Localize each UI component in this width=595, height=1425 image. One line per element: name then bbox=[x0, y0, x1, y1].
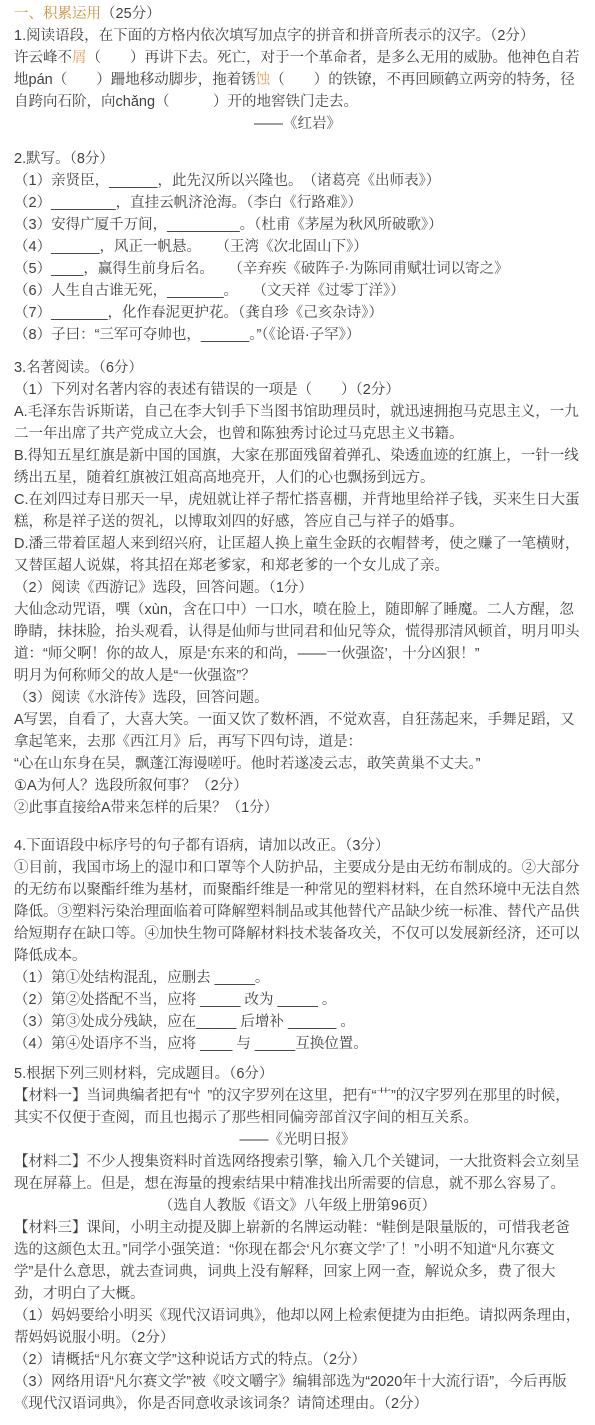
q3-sub2-question: 明月为何称师父的故人是“一伙强盗”？ bbox=[14, 665, 581, 687]
q5-material-2: 【材料二】不少人搜集资料时首选网络搜索引擎，输入几个关键词，一大批资料会立刻呈现… bbox=[14, 1151, 581, 1195]
q2-blank-line-8: （8）子曰：“三军可夺帅也，______。”（《论语·子罕》） bbox=[14, 324, 581, 346]
q2-blank-line-6: （6）人生自古谁无死，_______。 （文天祥《过零丁洋》） bbox=[14, 280, 581, 302]
question-2: 2.默写。（8分） （1）亲贤臣，______，此先汉所以兴隆也。 （诸葛亮《出… bbox=[14, 148, 581, 346]
question-1: 1.阅读语段，在下面的方格内依次填写加点字的拼音和拼音所表示的汉字。（2分） 许… bbox=[14, 25, 581, 135]
q2-blank-line-4: （4）______，风正一帆悬。 （王湾《次北固山下》） bbox=[14, 236, 581, 258]
q3-title: 3.名著阅读。（6分） bbox=[14, 357, 581, 379]
q3-option-c: C.在刘四过寿日那天一早，虎妞就让祥子帮忙搭喜棚，并背地里给祥子钱，买来生日大蛋… bbox=[14, 489, 581, 533]
q2-blank-line-5: （5）____，赢得生前身后名。 （辛弃疾《破阵子·为陈同甫赋壮词以寄之》 bbox=[14, 258, 581, 280]
q3-option-d: D.潘三带着匡超人来到绍兴府，让匡超人换上童生金跃的衣帽替考，使之赚了一笔横财，… bbox=[14, 533, 581, 577]
q3-sub1-stem: （1）下列对名著内容的表述有错误的一项是（ ）（2分） bbox=[14, 379, 581, 401]
q2-blank-line-2: （2）________，直挂云帆济沧海。（李白《行路难》） bbox=[14, 192, 581, 214]
q3-sub3-passage: A写罢，自看了，大喜大笑。一面又饮了数杯酒，不觉欢喜，自狂荡起来，手舞足蹈，又拿… bbox=[14, 709, 581, 753]
question-4: 4.下面语段中标序号的句子都有语病，请加以改正。（3分） ①目前，我国市场上的湿… bbox=[14, 835, 581, 1055]
q4-title: 4.下面语段中标序号的句子都有语病，请加以改正。（3分） bbox=[14, 835, 581, 857]
q4-correction-2: （2）第②处搭配不当，应将 _____ 改为 _____ 。 bbox=[14, 989, 581, 1011]
section-heading: 一、积累运用（25分） bbox=[14, 3, 581, 25]
q3-sub2-passage: 大仙念动咒语，噀（xùn，含在口中）一口水，喷在脸上，随即解了睡魔。二人方醒，忽… bbox=[14, 599, 581, 665]
q1-title: 1.阅读语段，在下面的方格内依次填写加点字的拼音和拼音所表示的汉字。（2分） bbox=[14, 25, 581, 47]
exam-paper: 一、积累运用（25分） 1.阅读语段，在下面的方格内依次填写加点字的拼音和拼音所… bbox=[0, 0, 595, 1425]
q3-sub3-question-1: ①A为何人？选段所叙何事？（2分） bbox=[14, 775, 581, 797]
q4-correction-4: （4）第④处语序不当，应将 ____ 与 _____互换位置。 bbox=[14, 1033, 581, 1055]
section-heading-title: 一、积累运用 bbox=[14, 6, 101, 22]
q5-task-3: （3）网络用语“凡尔赛文学”被《咬文嚼字》编辑部选为“2020年十大流行语”，今… bbox=[14, 1371, 581, 1415]
q2-blank-line-3: （3）安得广厦千万间，_________。（杜甫《茅屋为秋风所破歌》） bbox=[14, 214, 581, 236]
q1-source-attribution: ——《红岩》 bbox=[14, 113, 581, 135]
q1-highlighted-char-xie: 屑 bbox=[72, 50, 87, 66]
q3-sub3-question-2: ②此事直接给A带来怎样的后果？（1分） bbox=[14, 797, 581, 819]
section-heading-score: （25分） bbox=[101, 6, 161, 22]
q3-sub2-stem: （2）阅读《西游记》选段，回答问题。（1分） bbox=[14, 577, 581, 599]
q4-passage: ①目前，我国市场上的湿巾和口罩等个人防护品，主要成分是由无纺布制成的。②大部分的… bbox=[14, 857, 581, 967]
q1-passage: 许云峰不屑（ ）再讲下去。死亡，对于一个革命者，是多么无用的威胁。他神色自若地p… bbox=[14, 47, 581, 113]
q4-correction-3: （3）第③处成分残缺，应在_____ 后增补 ______ 。 bbox=[14, 1011, 581, 1033]
q1-passage-text: 许云峰不 bbox=[14, 50, 72, 66]
q4-correction-1: （1）第①处结构混乱，应删去 _____。 bbox=[14, 967, 581, 989]
q3-option-b: B.得知五星红旗是新中国的国旗，大家在那面残留着弹孔、染透血迹的红旗上，一针一线… bbox=[14, 445, 581, 489]
q3-option-a: A.毛泽东告诉斯诺，自己在李大钊手下当图书馆助理员时，就迅速拥抱马克思主义，一九… bbox=[14, 401, 581, 445]
q5-task-2: （2）请概括“凡尔赛文学”这种说话方式的特点。（2分） bbox=[14, 1349, 581, 1371]
q2-title: 2.默写。（8分） bbox=[14, 148, 581, 170]
q2-blank-line-1: （1）亲贤臣，______，此先汉所以兴隆也。 （诸葛亮《出师表》） bbox=[14, 170, 581, 192]
q5-material-3: 【材料三】课间，小明主动提及脚上崭新的名牌运动鞋：“鞋倒是限量版的，可惜我老爸选… bbox=[14, 1217, 581, 1305]
q5-material-1: 【材料一】当词典编者把有“忄”的汉字罗列在这里，把有“艹”的汉字罗列在那里的时候… bbox=[14, 1085, 581, 1129]
q2-blank-line-7: （7）_______，化作春泥更护花。（龚自珍《己亥杂诗》） bbox=[14, 302, 581, 324]
q1-highlighted-char-shi: 蚀 bbox=[256, 72, 271, 88]
question-3: 3.名著阅读。（6分） （1）下列对名著内容的表述有错误的一项是（ ）（2分） … bbox=[14, 357, 581, 819]
q3-sub3-poem: “心在山东身在吴，飘蓬江海谩嗟吁。他时若遂凌云志，敢笑黄巢不丈夫。” bbox=[14, 753, 581, 775]
q3-sub3-stem: （3）阅读《水浒传》选段，回答问题。 bbox=[14, 687, 581, 709]
q5-material-2-source: （选自人教版《语文》八年级上册第96页） bbox=[14, 1195, 581, 1217]
q5-title: 5.根据下列三则材料，完成题目。（6分） bbox=[14, 1063, 581, 1085]
q5-task-1: （1）妈妈要给小明买《现代汉语词典》，他却以网上检索便捷为由拒绝。请拟两条理由，… bbox=[14, 1305, 581, 1349]
q5-material-1-source: ——《光明日报》 bbox=[14, 1129, 581, 1151]
question-5: 5.根据下列三则材料，完成题目。（6分） 【材料一】当词典编者把有“忄”的汉字罗… bbox=[14, 1063, 581, 1415]
